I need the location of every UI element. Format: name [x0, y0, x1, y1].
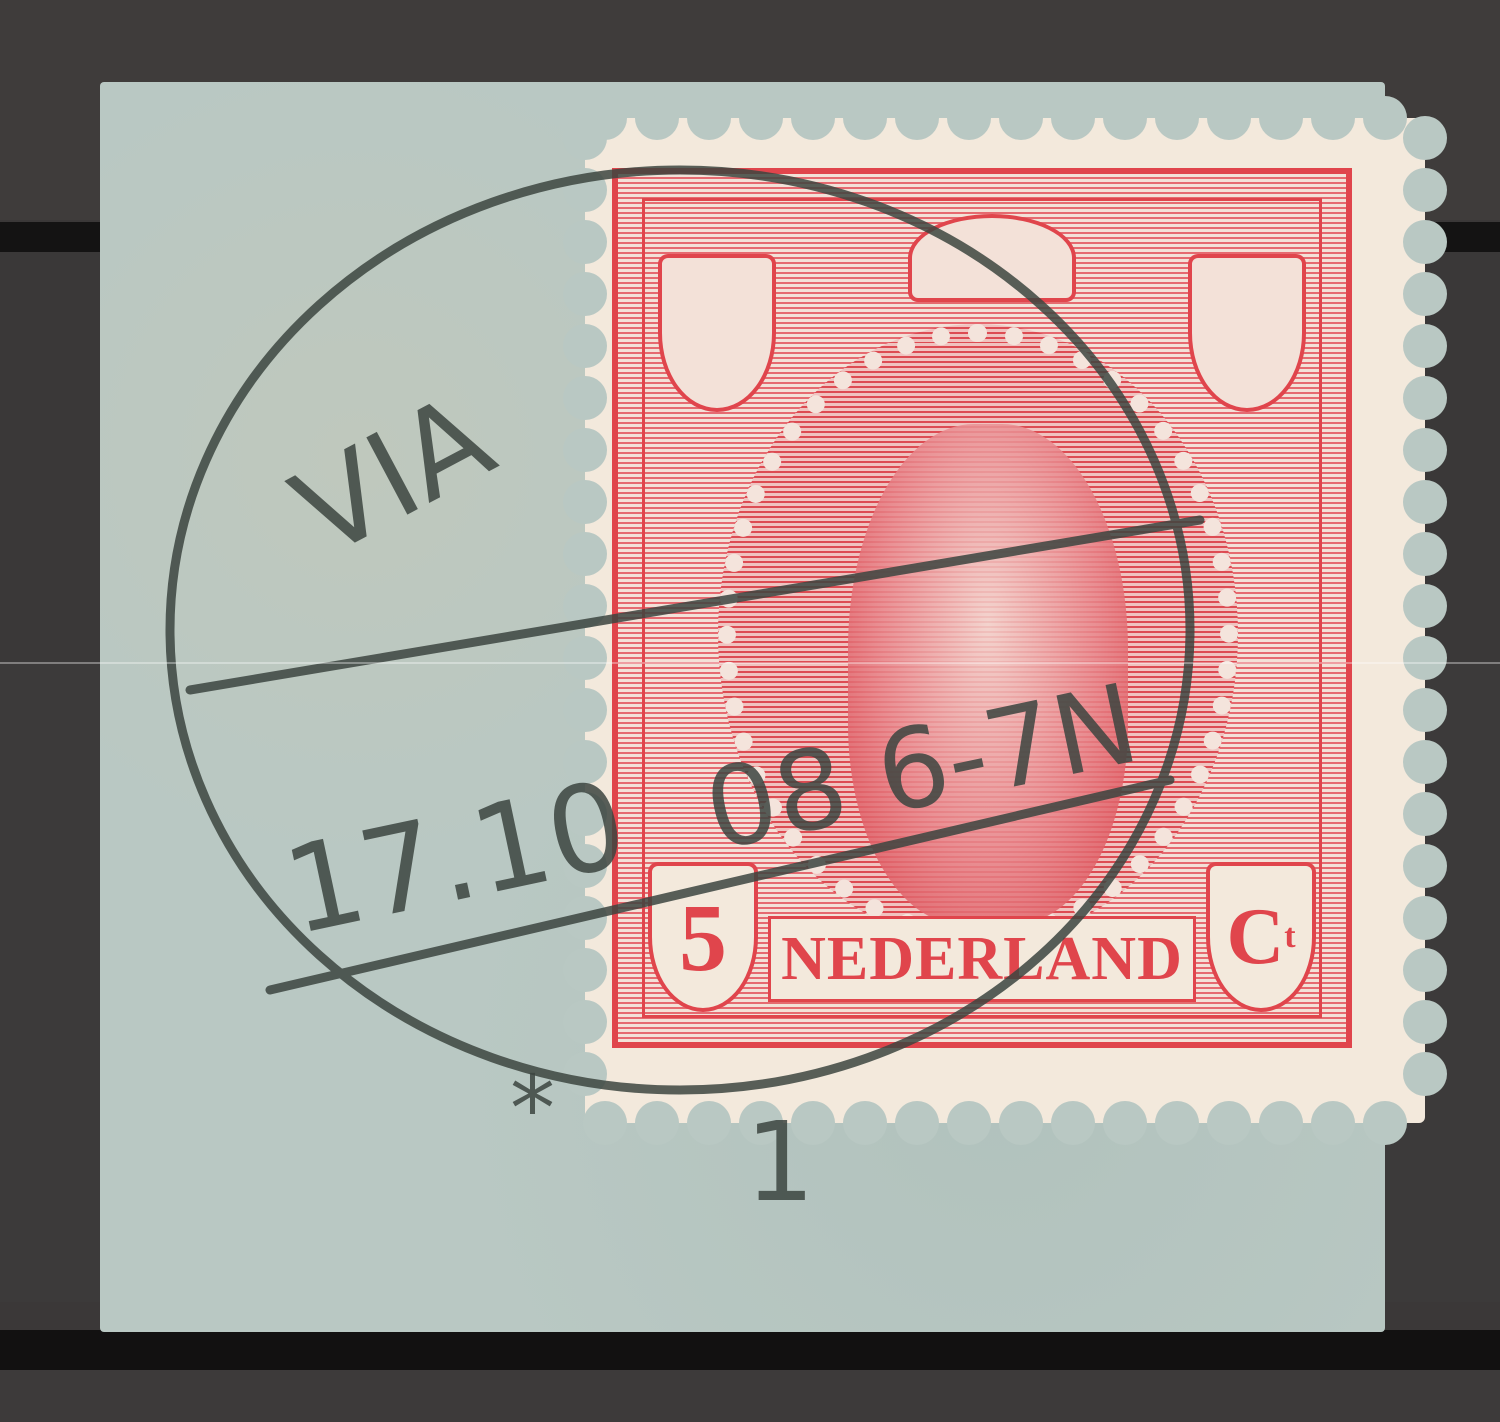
- glare-line: [0, 662, 1500, 664]
- postmark-town: VIA: [273, 368, 514, 584]
- postmark-date-left: 17.10: [273, 755, 638, 962]
- postmark-cancellation: VIA 17.10 08 6-7N * 1: [0, 0, 1500, 1422]
- postmark-star: *: [510, 1057, 555, 1162]
- postmark-number: 1: [745, 1098, 815, 1226]
- postmark-date-right: 08 6-7N: [695, 659, 1149, 875]
